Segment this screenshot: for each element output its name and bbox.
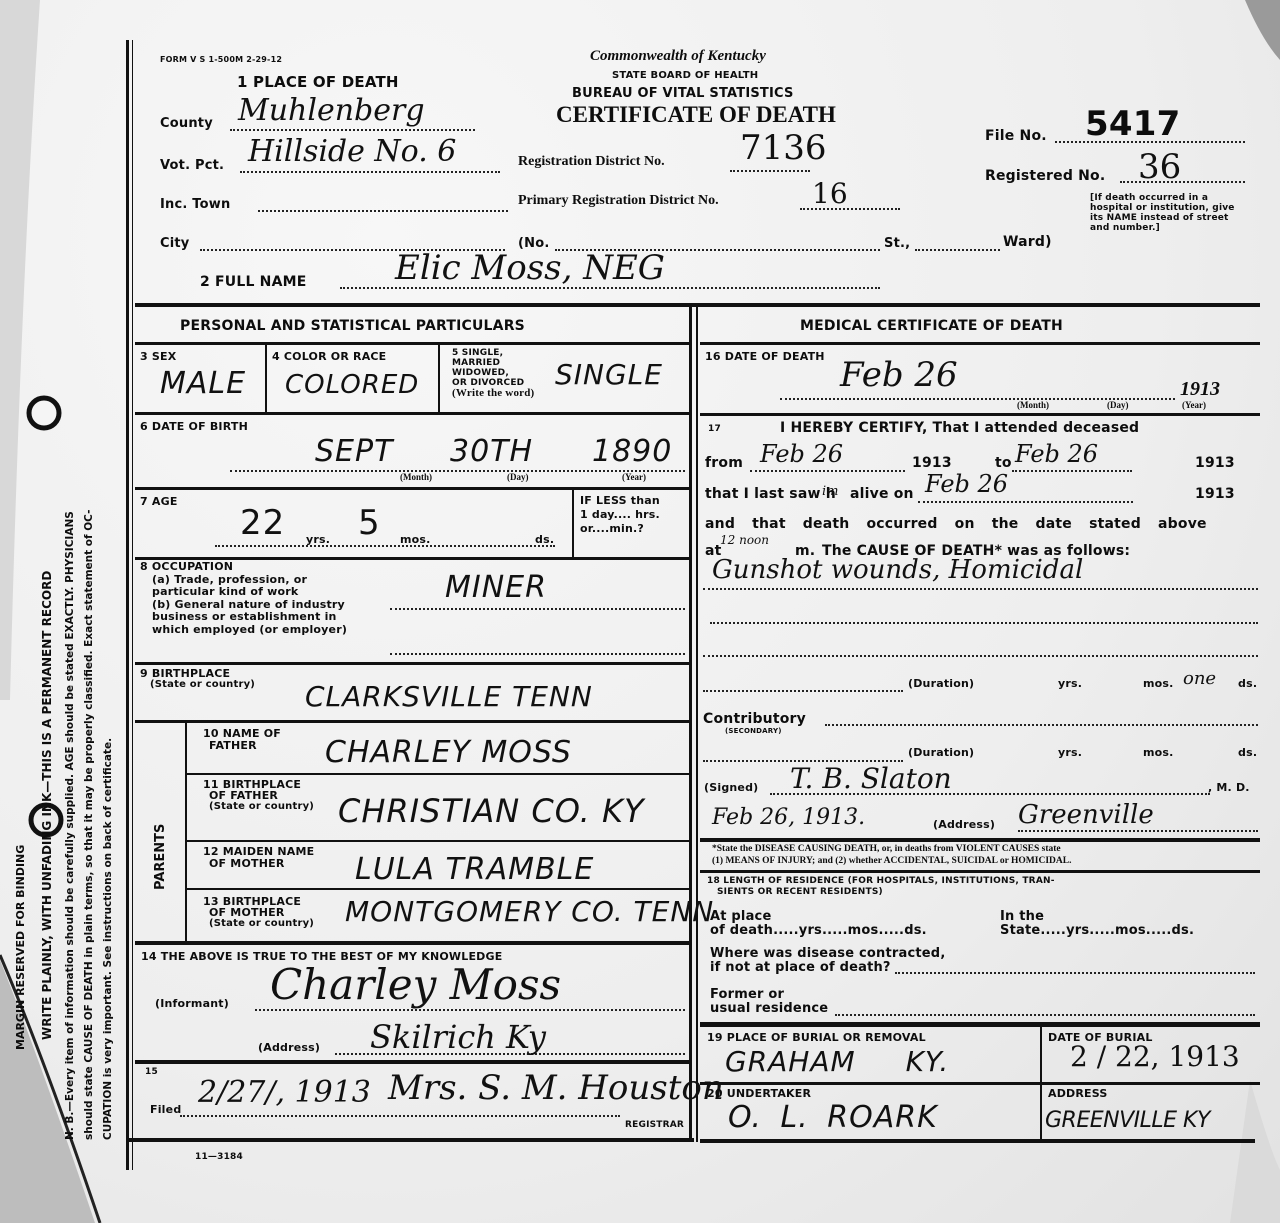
birthplace-value: CLARKSVILLE TENN [305, 680, 593, 713]
undertaker-label: 20 UNDERTAKER [707, 1087, 811, 1100]
cause-line-2 [710, 622, 1258, 624]
dod-month-caption: (Month) [1017, 400, 1049, 410]
full-name-value: Elic Moss, NEG [395, 248, 665, 288]
former-residence-line [835, 1014, 1255, 1016]
primary-district-value: 16 [812, 177, 848, 210]
physician-address-label: (Address) [933, 818, 995, 831]
father-birthplace-value: CHRISTIAN CO. KY [338, 792, 644, 830]
to-value: Feb 26 [1015, 440, 1098, 468]
footnote-line-1: *State the DISEASE CAUSING DEATH, or, in… [712, 843, 1071, 855]
filed-date: 2/27/, 1913 [198, 1075, 371, 1110]
alive-on-label: alive on [850, 486, 914, 502]
age-yrs-caption: yrs. [306, 533, 330, 546]
duration-yrs-label: yrs. [1058, 677, 1082, 690]
time-of-death-value: 12 noon [720, 533, 769, 547]
if-less-1: IF LESS than [580, 494, 660, 508]
sex-value: MALE [160, 366, 246, 401]
last-saw-line [918, 501, 1133, 503]
dob-day: 30TH [450, 434, 533, 469]
rule [135, 720, 689, 723]
margin-reserved-text: MARGIN RESERVED FOR BINDING [14, 650, 27, 1050]
rule [135, 662, 689, 665]
mother-bp-label-3: (State or country) [203, 918, 314, 929]
dob-line [230, 470, 685, 472]
father-bp-label-2: OF FATHER [203, 790, 314, 801]
former-residence-label-2: usual residence [710, 1002, 828, 1016]
left-border-inner [132, 40, 133, 1170]
if-less-2: 1 day.... hrs. [580, 508, 660, 522]
at-place-of-death: At place of death.....yrs.....mos.....ds… [710, 910, 927, 938]
form-number: FORM V S 1-500M 2-29-12 [160, 55, 282, 64]
birthplace-label: 9 BIRTHPLACE (State or country) [140, 668, 255, 690]
marital-label-3: WIDOWED, [452, 368, 534, 378]
age-ds-caption: ds. [535, 533, 554, 546]
if-less-than-day: IF LESS than 1 day.... hrs. or....min.? [580, 494, 660, 536]
inc-town-line [258, 210, 508, 212]
rule [135, 941, 689, 945]
street-label: St., [884, 236, 910, 251]
informant-address-value: Skilrich Ky [370, 1018, 546, 1056]
father-bp-label-3: (State or country) [203, 801, 314, 812]
rule [700, 870, 1260, 873]
file-no-label: File No. [985, 128, 1047, 144]
rule [572, 490, 574, 557]
in-the-state: In the State.....yrs.....mos.....ds. [1000, 910, 1194, 938]
registered-no-value: 36 [1138, 147, 1181, 187]
occupation-label-1: 8 OCCUPATION [140, 561, 347, 574]
residence-label-1: 18 LENGTH OF RESIDENCE (FOR HOSPITALS, I… [707, 876, 1055, 887]
county-line [230, 129, 475, 131]
dob-year: 1890 [592, 434, 672, 469]
father-name-label: 10 NAME OF FATHER [203, 728, 281, 752]
duration-line [703, 690, 903, 692]
cause-line-1 [703, 588, 1258, 590]
marital-label-2: MARRIED [452, 358, 534, 368]
in-state-label-2: State.....yrs.....mos.....ds. [1000, 924, 1194, 938]
undertaker-value: O. L. ROARK [728, 1100, 938, 1135]
marital-value: SINGLE [555, 358, 663, 391]
mother-birthplace-value: MONTGOMERY CO. TENN [345, 895, 714, 928]
contrib-duration-label: (Duration) [908, 746, 974, 759]
age-line [215, 545, 555, 547]
signed-date: Feb 26, 1913. [712, 805, 865, 830]
birthplace-label-2: (State or country) [140, 679, 255, 690]
left-border [126, 40, 129, 1170]
certify-text: I HEREBY CERTIFY, That I attended deceas… [780, 420, 1139, 436]
physician-address-value: Greenville [1018, 800, 1154, 830]
instructions-line-2: should state CAUSE OF DEATH in plain ter… [83, 90, 95, 1140]
from-line [750, 470, 905, 472]
duration-mos-label: mos. [1143, 677, 1174, 690]
rule [700, 342, 1260, 345]
personal-particulars-heading: PERSONAL AND STATISTICAL PARTICULARS [180, 318, 525, 334]
former-residence: Former or usual residence [710, 988, 828, 1016]
city-label: City [160, 236, 190, 251]
death-occurred-text: and that death occurred on the date stat… [705, 516, 1207, 532]
medical-certificate-heading: MEDICAL CERTIFICATE OF DEATH [800, 318, 1063, 334]
informant-line [255, 1009, 685, 1011]
from-value: Feb 26 [760, 440, 843, 468]
death-certificate: MARGIN RESERVED FOR BINDING WRITE PLAINL… [0, 0, 1280, 1223]
county-value: Muhlenberg [238, 93, 425, 128]
last-saw-value: Feb 26 [925, 470, 1008, 498]
bureau-title: BUREAU OF VITAL STATISTICS [572, 86, 794, 101]
undertaker-address-value: GREENVILLE KY [1045, 1108, 1210, 1133]
dob-day-caption: (Day) [507, 472, 529, 482]
rule [185, 723, 187, 941]
registrar-label: REGISTRAR [625, 1120, 684, 1130]
instructions-line-3: CUPATION is very important. See instruct… [102, 300, 114, 1140]
where-contracted: Where was disease contracted, if not at … [710, 947, 945, 975]
burial-place-label: 19 PLACE OF BURIAL OR REMOVAL [707, 1031, 926, 1044]
marital-label: 5 SINGLE, MARRIED WIDOWED, OR DIVORCED (… [452, 348, 534, 398]
center-divider [689, 307, 692, 1142]
occupation-a-line [390, 608, 685, 610]
date-of-death-label: 16 DATE OF DEATH [705, 350, 825, 363]
race-label: 4 COLOR OR RACE [272, 350, 386, 363]
mother-name-label: 12 MAIDEN NAME OF MOTHER [203, 846, 314, 870]
file-no-value: 5417 [1085, 104, 1180, 144]
place-of-death-heading: 1 PLACE OF DEATH [237, 73, 399, 91]
informant-label: (Informant) [155, 997, 229, 1010]
hospital-note: [If death occurred in a hospital or inst… [1090, 193, 1250, 233]
item-17-number: 17 [708, 424, 721, 434]
contributory-label: Contributory [703, 711, 806, 727]
burial-date-value: 2 / 22, 1913 [1070, 1040, 1240, 1073]
footnote-line-2: (1) MEANS OF INJURY; and (2) whether ACC… [712, 855, 1071, 867]
residence-length-label: 18 LENGTH OF RESIDENCE (FOR HOSPITALS, I… [707, 876, 1055, 898]
registration-district-line [730, 170, 810, 172]
father-label-2: FATHER [203, 740, 281, 752]
burial-place-value: GRAHAM KY. [725, 1045, 949, 1078]
duration-days-value: one [1183, 668, 1216, 689]
contrib-mos-label: mos. [1143, 746, 1174, 759]
occupation-value: MINER [445, 570, 547, 605]
physician-signature: T. B. Slaton [790, 762, 952, 795]
dob-year-caption: (Year) [622, 472, 646, 482]
occupation-label-3: particular kind of work [140, 586, 347, 599]
informant-address-label: (Address) [258, 1041, 320, 1054]
cause-footnote: *State the DISEASE CAUSING DEATH, or, in… [712, 843, 1071, 867]
filed-item-number: 15 [145, 1067, 158, 1077]
marital-label-5: (Write the word) [452, 388, 534, 398]
rule [135, 1060, 689, 1064]
rule [187, 773, 689, 775]
informant-value: Charley Moss [270, 960, 561, 1009]
rule [700, 1022, 1260, 1027]
inc-town-label: Inc. Town [160, 197, 230, 212]
vot-pct-value: Hillside No. 6 [248, 134, 456, 169]
where-contracted-line [895, 972, 1255, 974]
ward-line [915, 249, 1000, 251]
at-place-label-2: of death.....yrs.....mos.....ds. [710, 924, 927, 938]
date-of-death-year: 1913 [1180, 378, 1220, 401]
rule [700, 413, 1260, 416]
cause-of-death-value: Gunshot wounds, Homicidal [712, 555, 1083, 585]
board-of-health: STATE BOARD OF HEALTH [612, 70, 758, 81]
birthplace-label-1: 9 BIRTHPLACE [140, 668, 255, 679]
full-name-label: 2 FULL NAME [200, 274, 307, 290]
dob-label: 6 DATE OF BIRTH [140, 420, 248, 433]
signed-label: (Signed) [704, 781, 758, 794]
print-code: 11—3184 [195, 1152, 243, 1162]
registered-no-label: Registered No. [985, 168, 1105, 184]
registrar-signature: Mrs. S. M. Houston [388, 1068, 724, 1108]
in-state-label-1: In the [1000, 910, 1194, 924]
mother-name-value: LULA TRAMBLE [355, 852, 594, 887]
from-label: from [705, 455, 743, 471]
rule [135, 342, 689, 345]
where-contracted-label-1: Where was disease contracted, [710, 947, 945, 961]
rule [438, 345, 440, 412]
rule [265, 345, 267, 412]
at-place-label-1: At place [710, 910, 927, 924]
age-months: 5 [358, 503, 381, 543]
rule [700, 1139, 1255, 1143]
contributory-line [825, 724, 1258, 726]
marital-label-1: 5 SINGLE, [452, 348, 534, 358]
date-of-death-value: Feb 26 [840, 355, 958, 395]
mother-label-2: OF MOTHER [203, 858, 314, 870]
filed-label: Filed [150, 1103, 181, 1116]
if-less-3: or....min.? [580, 522, 660, 536]
registration-district-label: Registration District No. [518, 154, 665, 170]
last-saw-year: 1913 [1195, 486, 1235, 502]
former-residence-label-1: Former or [710, 988, 828, 1002]
vot-pct-label: Vot. Pct. [160, 158, 224, 173]
dod-year-caption: (Year) [1182, 400, 1206, 410]
primary-district-label: Primary Registration District No. [518, 193, 719, 209]
rule [187, 840, 689, 842]
mother-bp-label-2: OF MOTHER [203, 907, 314, 918]
occupation-label-6: which employed (or employer) [140, 624, 347, 637]
rule [700, 1082, 1260, 1085]
occupation-b-line [390, 653, 685, 655]
rule [187, 888, 689, 890]
certificate-title: CERTIFICATE OF DEATH [556, 102, 836, 128]
filed-line [180, 1115, 620, 1117]
duration-ds-label: ds. [1238, 677, 1257, 690]
race-value: COLORED [285, 370, 419, 400]
last-saw-pronoun: im [822, 484, 839, 499]
contrib-yrs-label: yrs. [1058, 746, 1082, 759]
rule [700, 838, 1260, 842]
dob-month: SEPT [315, 434, 393, 469]
md-label: , M. D. [1208, 781, 1250, 794]
physician-address-line [1018, 830, 1258, 832]
ward-label: Ward) [1003, 234, 1052, 250]
mother-birthplace-label: 13 BIRTHPLACE OF MOTHER (State or countr… [203, 896, 314, 929]
instructions-line-1: N. B.—Every item of information should b… [64, 90, 76, 1140]
age-years: 22 [240, 503, 285, 543]
duration-label: (Duration) [908, 677, 974, 690]
write-plainly-text: WRITE PLAINLY, WITH UNFADING INK—THIS IS… [40, 420, 54, 1040]
last-saw-label: that I last saw h [705, 486, 836, 502]
county-label: County [160, 116, 213, 131]
from-year: 1913 [912, 455, 952, 471]
undertaker-address-label: ADDRESS [1048, 1087, 1108, 1100]
rule [135, 487, 689, 490]
commonwealth-title: Commonwealth of Kentucky [590, 48, 766, 65]
occupation-label: 8 OCCUPATION (a) Trade, profession, or p… [140, 561, 347, 636]
registration-district-value: 7136 [740, 128, 827, 168]
secondary-label: (SECONDARY) [725, 727, 782, 735]
contrib-ds-label: ds. [1238, 746, 1257, 759]
to-label: to [995, 455, 1012, 471]
father-birthplace-label: 11 BIRTHPLACE OF FATHER (State or countr… [203, 779, 314, 812]
dod-day-caption: (Day) [1107, 400, 1129, 410]
age-label: 7 AGE [140, 495, 178, 508]
cause-line-3 [703, 655, 1258, 657]
rule [129, 1138, 694, 1142]
parents-section-label: PARENTS [153, 780, 168, 890]
father-name-value: CHARLEY MOSS [325, 735, 572, 770]
residence-label-2: SIENTS OR RECENT RESIDENTS) [707, 887, 1055, 898]
age-mos-caption: mos. [400, 533, 431, 546]
center-divider-2 [696, 307, 698, 1142]
sex-label: 3 SEX [140, 350, 176, 363]
occupation-label-5: business or establishment in [140, 611, 347, 624]
rule [135, 412, 689, 415]
to-year: 1913 [1195, 455, 1235, 471]
dob-month-caption: (Month) [400, 472, 432, 482]
vot-pct-line [240, 171, 500, 173]
to-line [1012, 470, 1132, 472]
